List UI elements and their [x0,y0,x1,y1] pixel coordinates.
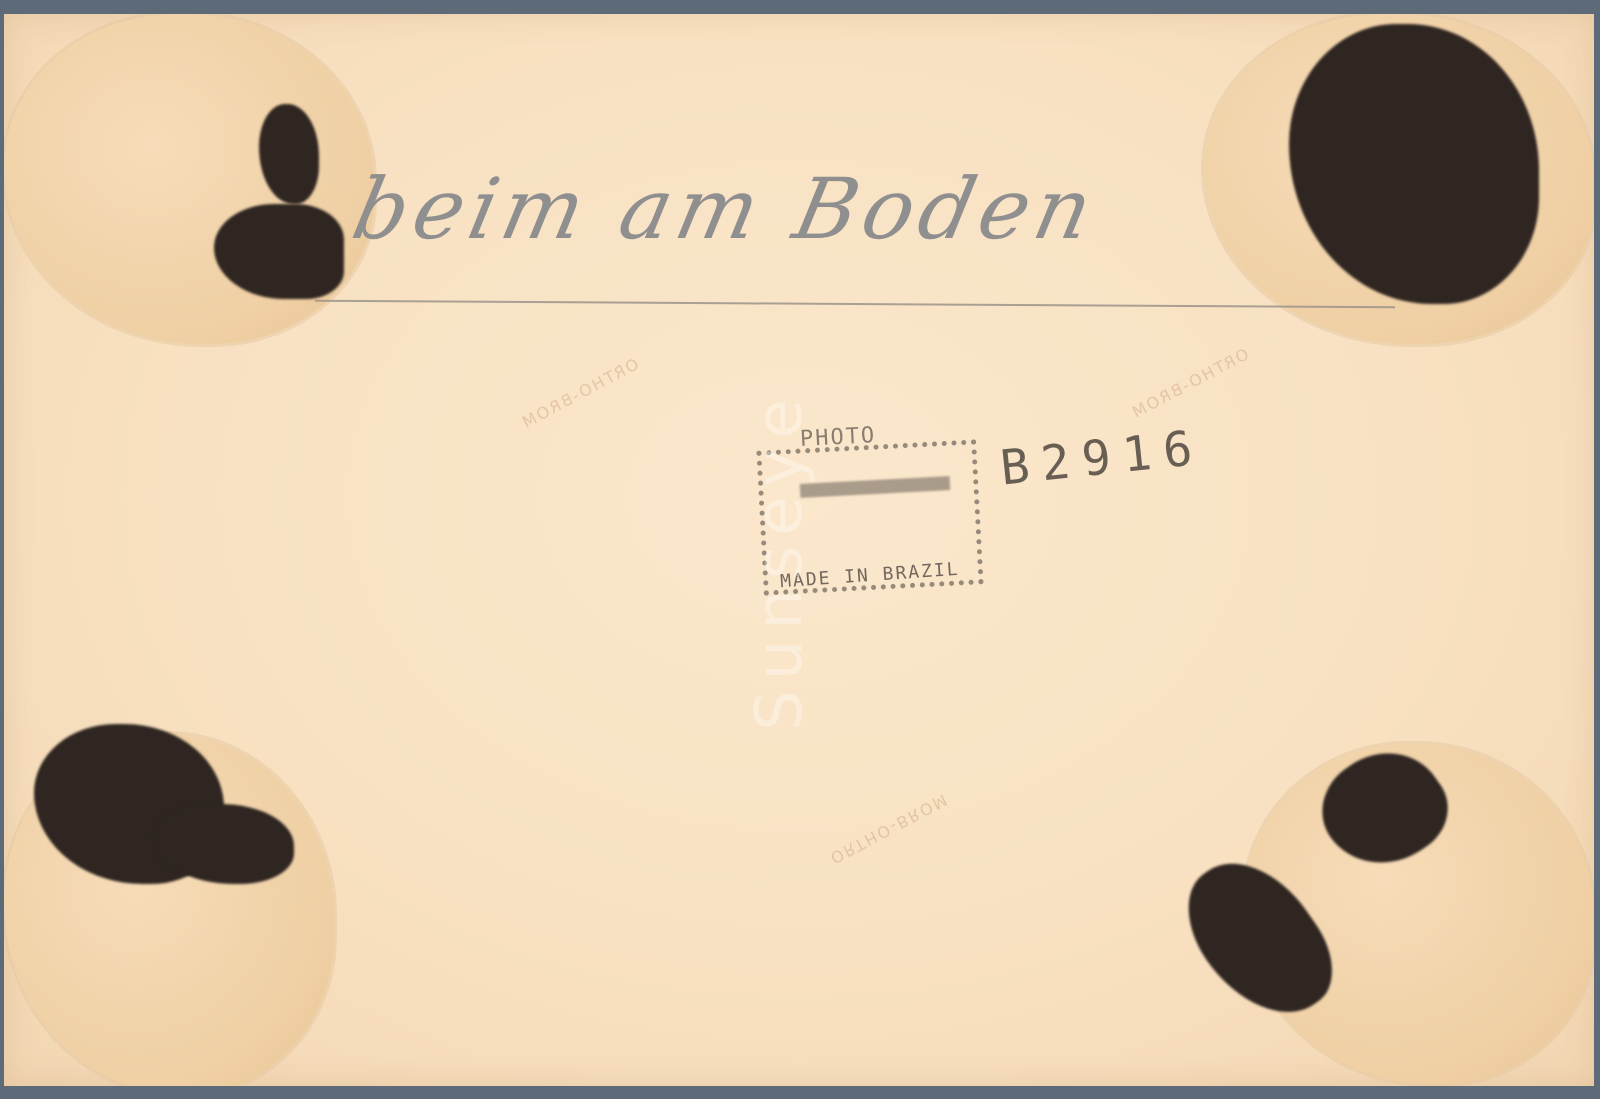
paper-brand-mark: ORTHO-BROM [517,354,642,432]
handwritten-caption: beim am Boden [345,160,1107,258]
paper-brand-mark: ORTHO-BROM [827,789,952,867]
paper-brand-mark: ORTHO-BROM [1127,344,1252,422]
seller-watermark: Sunseye [743,389,817,731]
